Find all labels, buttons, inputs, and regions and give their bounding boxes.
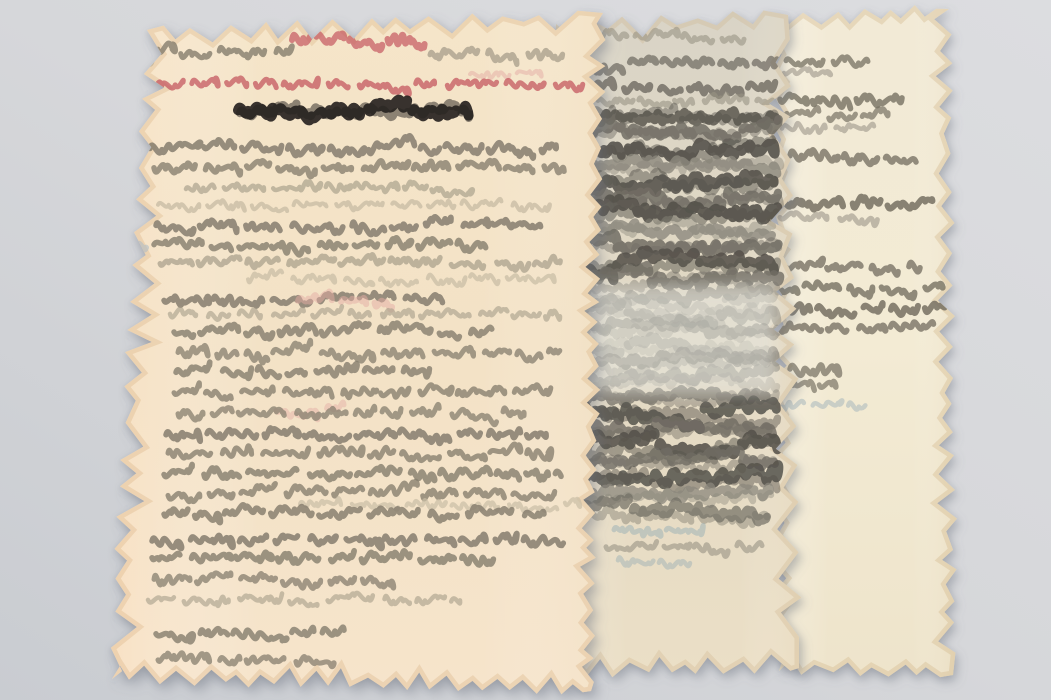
middle-document-faded-patch (584, 286, 776, 394)
right-document (774, 5, 957, 677)
documents-scene (0, 0, 1051, 700)
left-document (111, 11, 606, 695)
photograph-of-documents (0, 0, 1051, 700)
